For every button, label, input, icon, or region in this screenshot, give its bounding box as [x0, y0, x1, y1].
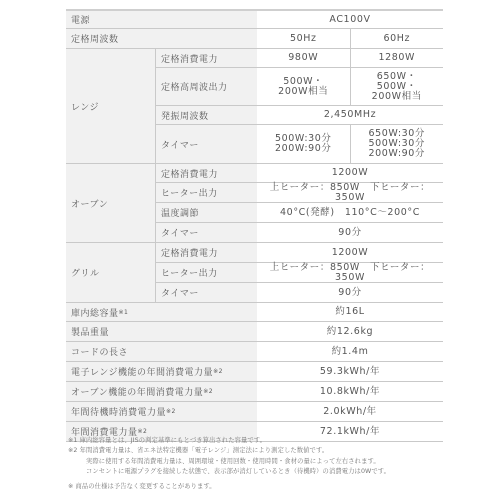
value-annual-range: 59.3kWh/年	[257, 362, 443, 381]
text-line: 650W・	[377, 72, 417, 82]
row-range-hf-output: 定格高周波出力 500W・ 200W相当 650W・ 500W・ 200W相当	[156, 68, 443, 106]
text-line: 200W相当	[372, 92, 422, 102]
row-range-oscillation: 発振周波数 2,450MHz	[156, 106, 443, 125]
row-oven-heater: ヒーター出力 上ヒーター：850W 下ヒーター：350W	[156, 183, 443, 203]
value-rated-power-50hz: 980W	[257, 49, 351, 67]
value-timer-60hz: 650W:30分 500W:30分 200W:90分	[351, 125, 444, 163]
footnote-marker: ※2	[203, 388, 213, 395]
footnote-marker: ※1	[119, 309, 129, 316]
value-rated-power: 1200W	[257, 243, 443, 262]
label-cord: コードの長さ	[66, 342, 257, 361]
value-timer-50hz: 500W:30分 200W:90分	[257, 125, 351, 163]
value-weight: 約12.6kg	[257, 322, 443, 341]
value-oscillation: 2,450MHz	[257, 106, 443, 124]
label-timer: タイマー	[156, 223, 257, 242]
row-frequency: 定格周波数 50Hz 60Hz	[66, 29, 443, 49]
label-oven: オーブン	[66, 164, 156, 242]
label-rated-power: 定格消費電力	[156, 243, 257, 262]
row-annual-range: 電子レンジ機能の年間消費電力量※2 59.3kWh/年	[66, 362, 443, 382]
footnote-marker: ※2	[213, 368, 223, 375]
group-grill: グリル 定格消費電力 1200W ヒーター出力 上ヒーター：850W 下ヒーター…	[66, 243, 443, 303]
label-weight: 製品重量	[66, 322, 257, 341]
spec-table: 電源 AC100V 定格周波数 50Hz 60Hz レンジ 定格消費電力 980…	[66, 9, 443, 442]
value-timer: 90分	[257, 283, 443, 302]
label-text: 年間待機時消費電力量	[71, 405, 166, 418]
label-oscillation: 発振周波数	[156, 106, 257, 124]
label-annual-standby: 年間待機時消費電力量※2	[66, 402, 257, 421]
label-timer: タイマー	[156, 125, 257, 163]
row-grill-timer: タイマー 90分	[156, 283, 443, 302]
label-annual-range: 電子レンジ機能の年間消費電力量※2	[66, 362, 257, 381]
row-power-source: 電源 AC100V	[66, 11, 443, 29]
row-range-rated-power: 定格消費電力 980W 1280W	[156, 49, 443, 68]
value-50hz: 50Hz	[257, 29, 351, 48]
footnote-2-standby: コンセントに電源プラグを接続した状態で、表示部が消灯しているとき（待機時）の消費…	[68, 467, 390, 477]
value-rated-power: 1200W	[257, 164, 443, 182]
footnote-1: ※1 庫内総容量とは、JISの判定基準にもとづき算出された容量です。	[68, 436, 390, 446]
row-cord: コードの長さ 約1.4m	[66, 342, 443, 362]
value-power-source: AC100V	[257, 11, 443, 28]
label-text: 電子レンジ機能の年間消費電力量	[71, 365, 213, 378]
row-annual-standby: 年間待機時消費電力量※2 2.0kWh/年	[66, 402, 443, 422]
value-hf-output-50hz: 500W・ 200W相当	[257, 68, 351, 105]
value-annual-standby: 2.0kWh/年	[257, 402, 443, 421]
footnote-marker: ※2	[166, 408, 176, 415]
label-power-source: 電源	[66, 11, 257, 28]
label-capacity: 庫内総容量※1	[66, 303, 257, 321]
label-heater: ヒーター出力	[156, 183, 257, 202]
footnote-2-detail: 実際に使用する年間消費電力量は、周囲環境・使用回数・使用時間・食材の量によって左…	[68, 457, 390, 467]
footnote-2: ※2 年間消費電力量は、省エネ法特定機器「電子レンジ」測定法により測定した数値で…	[68, 446, 390, 456]
row-annual-oven: オーブン機能の年間消費電力量※2 10.8kWh/年	[66, 382, 443, 402]
label-timer: タイマー	[156, 283, 257, 302]
value-annual-oven: 10.8kWh/年	[257, 382, 443, 401]
row-oven-timer: タイマー 90分	[156, 223, 443, 242]
value-rated-power-60hz: 1280W	[351, 49, 444, 67]
label-grill: グリル	[66, 243, 156, 302]
row-oven-rated-power: 定格消費電力 1200W	[156, 164, 443, 183]
label-rated-power: 定格消費電力	[156, 49, 257, 67]
value-cord: 約1.4m	[257, 342, 443, 361]
value-capacity: 約16L	[257, 303, 443, 321]
footnote-marker: ※2	[138, 428, 148, 435]
group-oven: オーブン 定格消費電力 1200W ヒーター出力 上ヒーター：850W 下ヒータ…	[66, 164, 443, 243]
row-grill-rated-power: 定格消費電力 1200W	[156, 243, 443, 263]
row-range-timer: タイマー 500W:30分 200W:90分 650W:30分 500W:30分…	[156, 125, 443, 163]
text-line: 500W・	[283, 77, 323, 87]
value-heater: 上ヒーター：850W 下ヒーター：350W	[257, 263, 443, 282]
row-grill-heater: ヒーター出力 上ヒーター：850W 下ヒーター：350W	[156, 263, 443, 283]
text-line: 200W:90分	[275, 144, 332, 154]
row-capacity: 庫内総容量※1 約16L	[66, 303, 443, 322]
label-annual-oven: オーブン機能の年間消費電力量※2	[66, 382, 257, 401]
group-range: レンジ 定格消費電力 980W 1280W 定格高周波出力 500W・ 200W…	[66, 49, 443, 164]
text-line: 200W:90分	[368, 149, 425, 159]
label-range: レンジ	[66, 49, 156, 163]
label-hf-output: 定格高周波出力	[156, 68, 257, 105]
label-heater: ヒーター出力	[156, 263, 257, 282]
footnotes: ※1 庫内総容量とは、JISの判定基準にもとづき算出された容量です。 ※2 年間…	[68, 436, 390, 492]
row-oven-temp: 温度調節 40°C(発酵) 110°C〜200°C	[156, 203, 443, 223]
value-timer: 90分	[257, 223, 443, 242]
text-line: 500W・	[377, 82, 417, 92]
label-temp: 温度調節	[156, 203, 257, 222]
value-hf-output-60hz: 650W・ 500W・ 200W相当	[351, 68, 444, 105]
label-text: 庫内総容量	[71, 306, 119, 319]
value-heater: 上ヒーター：850W 下ヒーター：350W	[257, 183, 443, 202]
footnote-spec-change: ※ 商品の仕様は予告なく変更することがあります。	[68, 482, 390, 492]
row-weight: 製品重量 約12.6kg	[66, 322, 443, 342]
label-frequency: 定格周波数	[66, 29, 257, 48]
label-rated-power: 定格消費電力	[156, 164, 257, 182]
value-60hz: 60Hz	[351, 29, 444, 48]
value-temp: 40°C(発酵) 110°C〜200°C	[257, 203, 443, 222]
label-text: オーブン機能の年間消費電力量	[71, 385, 203, 398]
text-line: 200W相当	[278, 87, 328, 97]
